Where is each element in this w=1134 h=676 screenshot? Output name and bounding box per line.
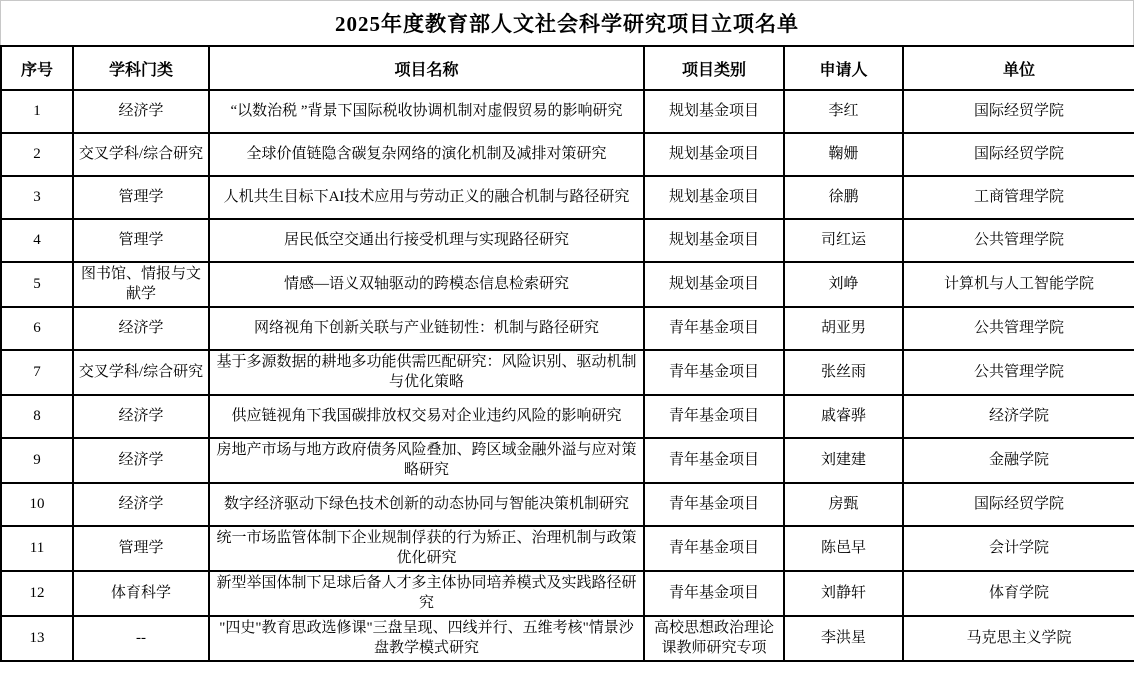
column-header-applicant: 申请人 [784, 46, 903, 90]
cell-project_category: 规划基金项目 [644, 133, 784, 176]
cell-discipline: 经济学 [73, 438, 209, 483]
cell-applicant: 李洪星 [784, 616, 903, 661]
table-row: 7交叉学科/综合研究基于多源数据的耕地多功能供需匹配研究：风险识别、驱动机制与优… [1, 350, 1134, 395]
page-title: 2025年度教育部人文社会科学研究项目立项名单 [0, 0, 1134, 45]
cell-project_name: 居民低空交通出行接受机理与实现路径研究 [209, 219, 644, 262]
cell-discipline: -- [73, 616, 209, 661]
cell-index: 3 [1, 176, 73, 219]
cell-discipline: 经济学 [73, 483, 209, 526]
cell-index: 4 [1, 219, 73, 262]
table-row: 4管理学居民低空交通出行接受机理与实现路径研究规划基金项目司红运公共管理学院 [1, 219, 1134, 262]
cell-applicant: 鞠姗 [784, 133, 903, 176]
cell-project_category: 规划基金项目 [644, 262, 784, 307]
table-row: 13--"四史"教育思政选修课"三盘呈现、四线并行、五维考核"情景沙盘教学模式研… [1, 616, 1134, 661]
column-header-index: 序号 [1, 46, 73, 90]
cell-unit: 工商管理学院 [903, 176, 1134, 219]
cell-index: 11 [1, 526, 73, 571]
cell-index: 6 [1, 307, 73, 350]
cell-project_category: 青年基金项目 [644, 395, 784, 438]
cell-applicant: 刘峥 [784, 262, 903, 307]
cell-project_category: 青年基金项目 [644, 483, 784, 526]
cell-applicant: 房甄 [784, 483, 903, 526]
cell-index: 7 [1, 350, 73, 395]
cell-index: 5 [1, 262, 73, 307]
cell-project_name: 基于多源数据的耕地多功能供需匹配研究：风险识别、驱动机制与优化策略 [209, 350, 644, 395]
cell-index: 2 [1, 133, 73, 176]
cell-project_category: 青年基金项目 [644, 526, 784, 571]
cell-project_category: 青年基金项目 [644, 438, 784, 483]
cell-applicant: 刘静轩 [784, 571, 903, 616]
cell-discipline: 经济学 [73, 395, 209, 438]
table-row: 2交叉学科/综合研究全球价值链隐含碳复杂网络的演化机制及减排对策研究规划基金项目… [1, 133, 1134, 176]
cell-project_name: 情感—语义双轴驱动的跨模态信息检索研究 [209, 262, 644, 307]
cell-unit: 体育学院 [903, 571, 1134, 616]
cell-project_name: "四史"教育思政选修课"三盘呈现、四线并行、五维考核"情景沙盘教学模式研究 [209, 616, 644, 661]
cell-unit: 经济学院 [903, 395, 1134, 438]
cell-project_name: 统一市场监管体制下企业规制俘获的行为矫正、治理机制与政策优化研究 [209, 526, 644, 571]
cell-project_category: 规划基金项目 [644, 176, 784, 219]
cell-index: 10 [1, 483, 73, 526]
cell-unit: 马克思主义学院 [903, 616, 1134, 661]
cell-unit: 国际经贸学院 [903, 483, 1134, 526]
cell-index: 12 [1, 571, 73, 616]
table-header-row: 序号 学科门类 项目名称 项目类别 申请人 单位 [1, 46, 1134, 90]
cell-project_name: 新型举国体制下足球后备人才多主体协同培养模式及实践路径研究 [209, 571, 644, 616]
cell-discipline: 体育科学 [73, 571, 209, 616]
table-row: 6经济学网络视角下创新关联与产业链韧性：机制与路径研究青年基金项目胡亚男公共管理… [1, 307, 1134, 350]
cell-unit: 公共管理学院 [903, 219, 1134, 262]
cell-unit: 计算机与人工智能学院 [903, 262, 1134, 307]
cell-index: 9 [1, 438, 73, 483]
cell-project_category: 规划基金项目 [644, 219, 784, 262]
cell-discipline: 交叉学科/综合研究 [73, 350, 209, 395]
cell-discipline: 图书馆、情报与文献学 [73, 262, 209, 307]
cell-project_name: 数字经济驱动下绿色技术创新的动态协同与智能决策机制研究 [209, 483, 644, 526]
cell-project_name: “以数治税 ”背景下国际税收协调机制对虚假贸易的影响研究 [209, 90, 644, 133]
cell-unit: 公共管理学院 [903, 307, 1134, 350]
column-header-discipline: 学科门类 [73, 46, 209, 90]
cell-index: 13 [1, 616, 73, 661]
cell-unit: 国际经贸学院 [903, 90, 1134, 133]
cell-applicant: 李红 [784, 90, 903, 133]
cell-discipline: 管理学 [73, 526, 209, 571]
table-row: 11管理学统一市场监管体制下企业规制俘获的行为矫正、治理机制与政策优化研究青年基… [1, 526, 1134, 571]
cell-index: 1 [1, 90, 73, 133]
cell-project_name: 全球价值链隐含碳复杂网络的演化机制及减排对策研究 [209, 133, 644, 176]
cell-project_category: 青年基金项目 [644, 307, 784, 350]
column-header-project-category: 项目类别 [644, 46, 784, 90]
cell-applicant: 张丝雨 [784, 350, 903, 395]
table-row: 1经济学“以数治税 ”背景下国际税收协调机制对虚假贸易的影响研究规划基金项目李红… [1, 90, 1134, 133]
table-row: 12体育科学新型举国体制下足球后备人才多主体协同培养模式及实践路径研究青年基金项… [1, 571, 1134, 616]
table-row: 8经济学供应链视角下我国碳排放权交易对企业违约风险的影响研究青年基金项目戚睿骅经… [1, 395, 1134, 438]
table-row: 9经济学房地产市场与地方政府债务风险叠加、跨区域金融外溢与应对策略研究青年基金项… [1, 438, 1134, 483]
project-table: 序号 学科门类 项目名称 项目类别 申请人 单位 1经济学“以数治税 ”背景下国… [0, 45, 1134, 662]
cell-discipline: 管理学 [73, 219, 209, 262]
column-header-unit: 单位 [903, 46, 1134, 90]
cell-project_category: 青年基金项目 [644, 350, 784, 395]
cell-unit: 金融学院 [903, 438, 1134, 483]
cell-applicant: 刘建建 [784, 438, 903, 483]
table-row: 10经济学数字经济驱动下绿色技术创新的动态协同与智能决策机制研究青年基金项目房甄… [1, 483, 1134, 526]
cell-unit: 国际经贸学院 [903, 133, 1134, 176]
cell-project_category: 规划基金项目 [644, 90, 784, 133]
cell-discipline: 交叉学科/综合研究 [73, 133, 209, 176]
cell-project_name: 房地产市场与地方政府债务风险叠加、跨区域金融外溢与应对策略研究 [209, 438, 644, 483]
cell-project_category: 青年基金项目 [644, 571, 784, 616]
cell-discipline: 经济学 [73, 90, 209, 133]
column-header-project-name: 项目名称 [209, 46, 644, 90]
cell-unit: 会计学院 [903, 526, 1134, 571]
cell-project_name: 供应链视角下我国碳排放权交易对企业违约风险的影响研究 [209, 395, 644, 438]
table-row: 3管理学人机共生目标下AI技术应用与劳动正义的融合机制与路径研究规划基金项目徐鹏… [1, 176, 1134, 219]
cell-discipline: 经济学 [73, 307, 209, 350]
cell-index: 8 [1, 395, 73, 438]
cell-applicant: 戚睿骅 [784, 395, 903, 438]
cell-project_name: 人机共生目标下AI技术应用与劳动正义的融合机制与路径研究 [209, 176, 644, 219]
cell-applicant: 徐鹏 [784, 176, 903, 219]
project-list-page: 2025年度教育部人文社会科学研究项目立项名单 序号 学科门类 项目名称 项目类… [0, 0, 1134, 676]
cell-applicant: 司红运 [784, 219, 903, 262]
cell-applicant: 胡亚男 [784, 307, 903, 350]
cell-discipline: 管理学 [73, 176, 209, 219]
cell-project_category: 高校思想政治理论课教师研究专项 [644, 616, 784, 661]
table-body: 1经济学“以数治税 ”背景下国际税收协调机制对虚假贸易的影响研究规划基金项目李红… [1, 90, 1134, 661]
table-row: 5图书馆、情报与文献学情感—语义双轴驱动的跨模态信息检索研究规划基金项目刘峥计算… [1, 262, 1134, 307]
cell-unit: 公共管理学院 [903, 350, 1134, 395]
cell-project_name: 网络视角下创新关联与产业链韧性：机制与路径研究 [209, 307, 644, 350]
cell-applicant: 陈邑早 [784, 526, 903, 571]
